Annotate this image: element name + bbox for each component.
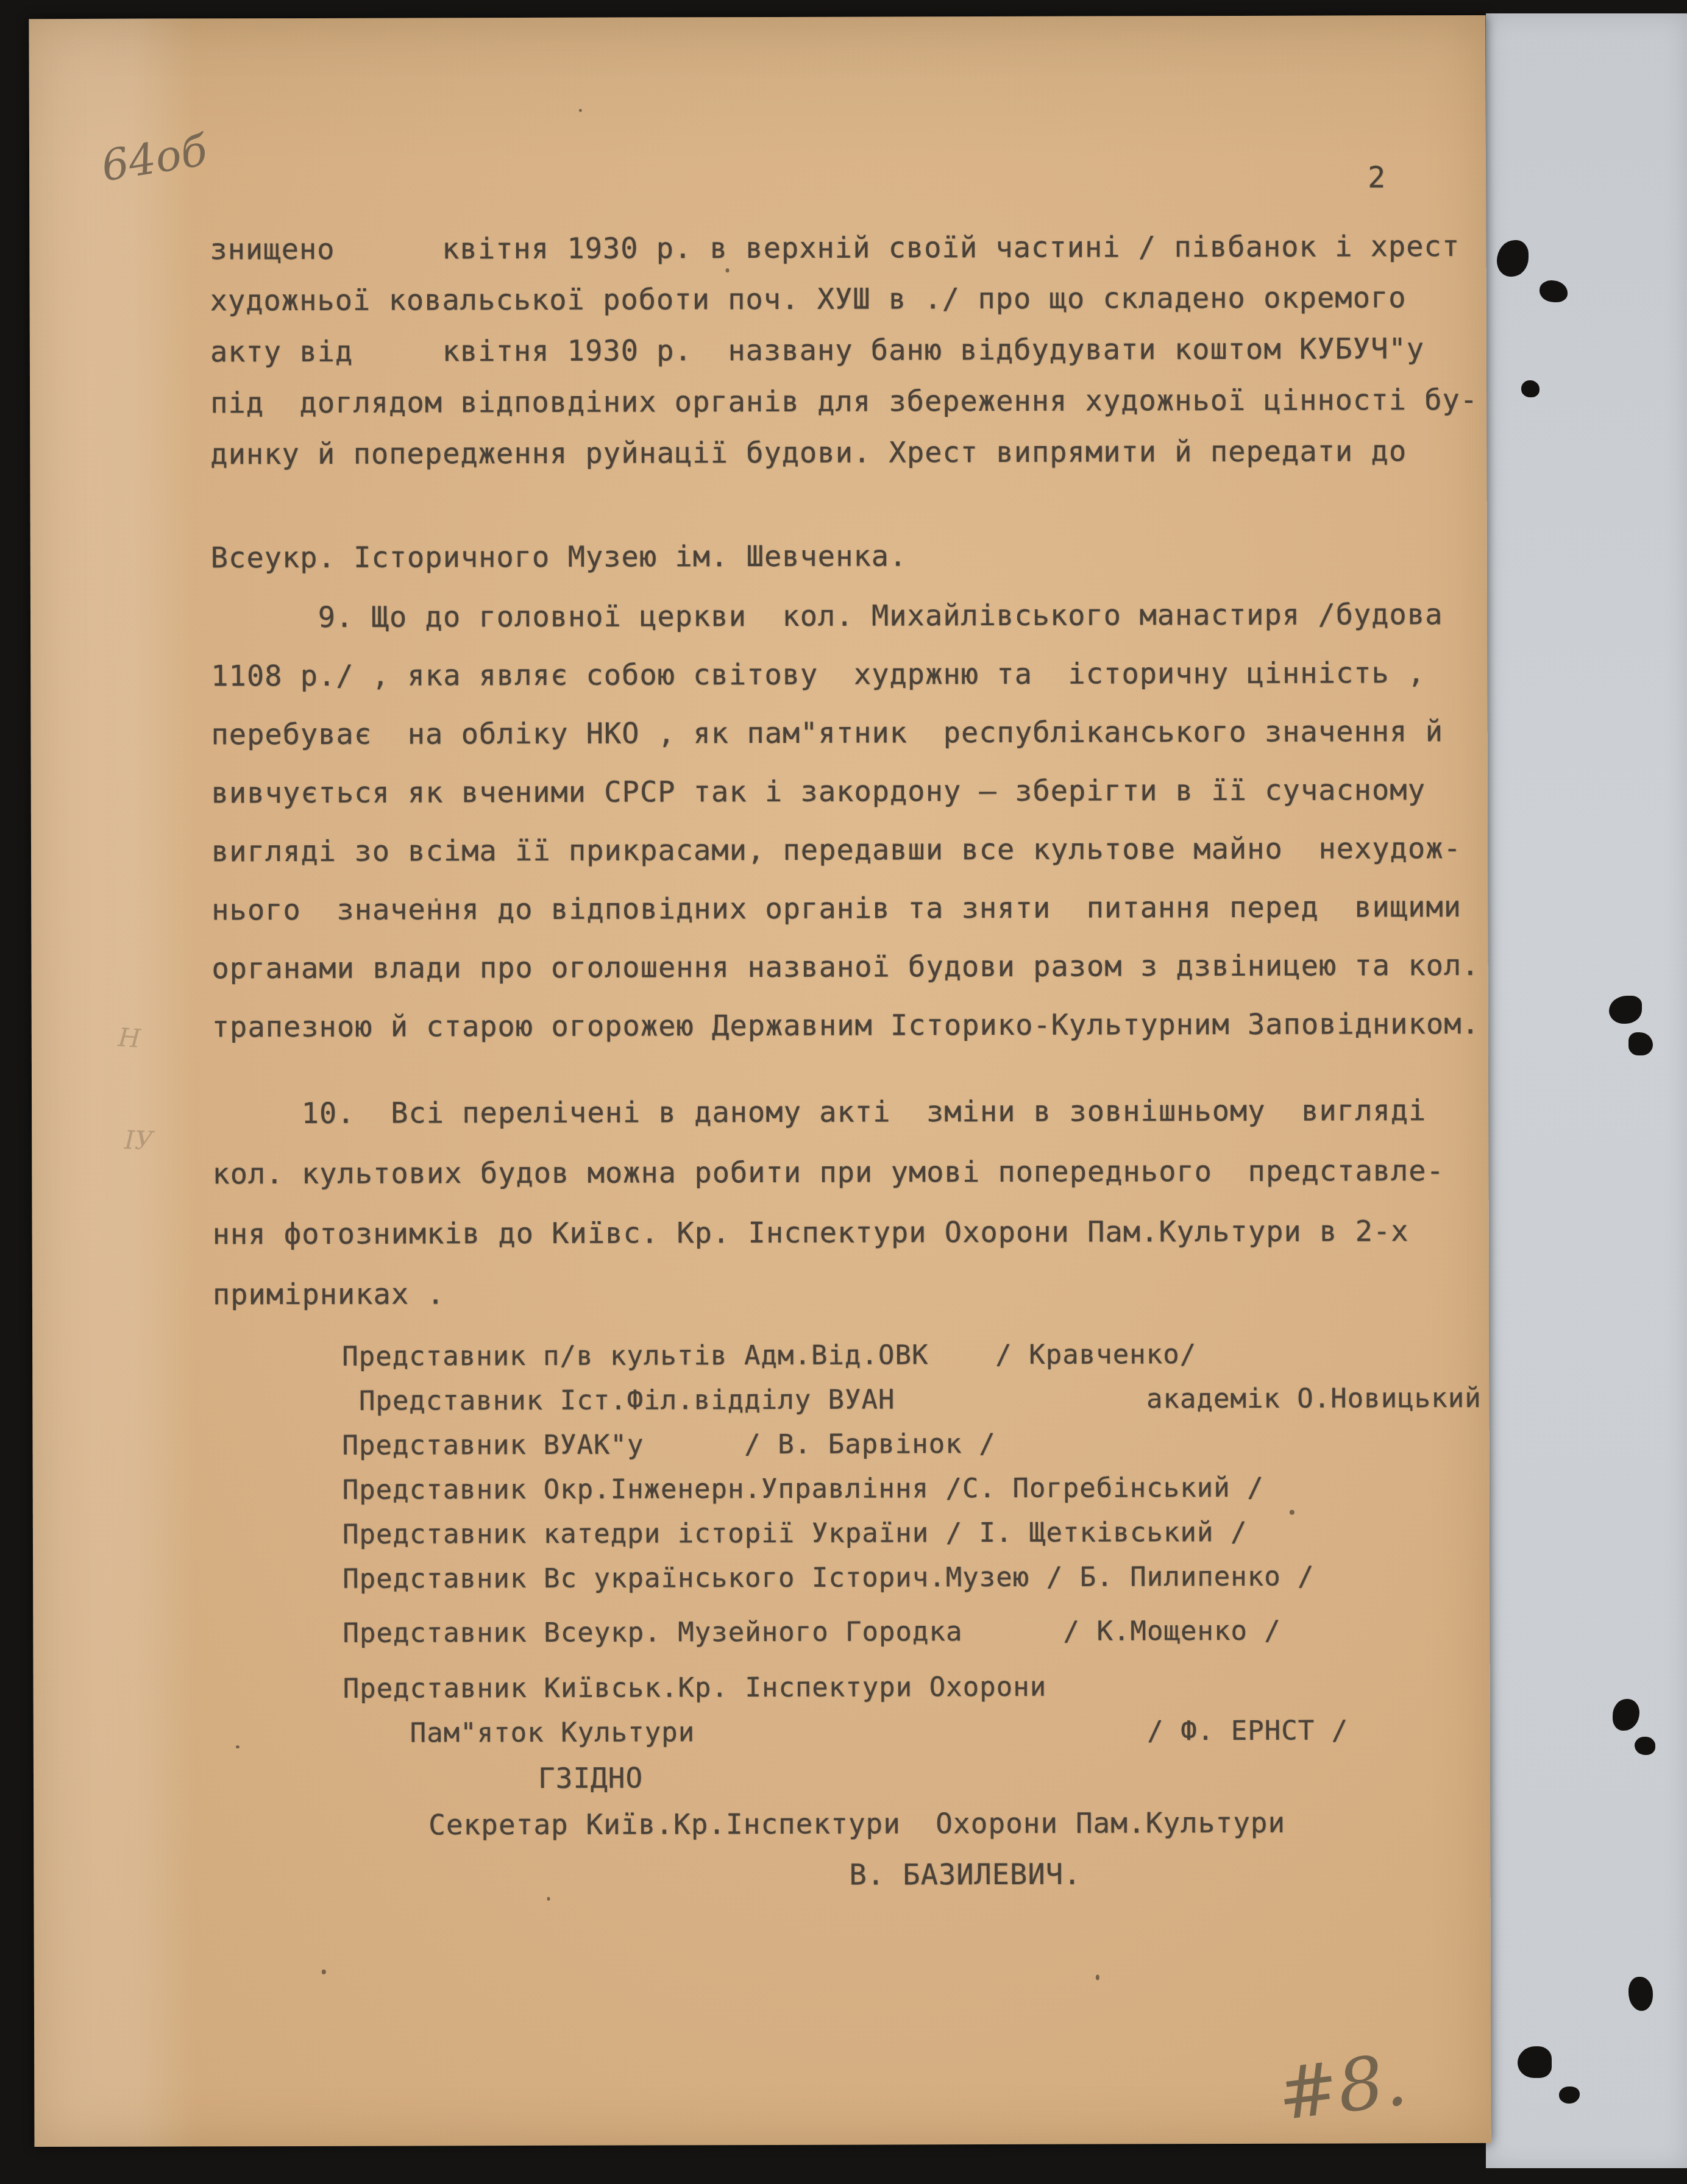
paper-speck xyxy=(726,268,730,272)
document-line: 9. Що до головної церкви кол. Михайлівсь… xyxy=(211,586,1480,647)
document-line: динку й попередження руйнації будови. Хр… xyxy=(210,426,1479,480)
document-line: примірниках . xyxy=(213,1261,1482,1325)
signature-line: Представник Київськ.Кр. Інспектури Охоро… xyxy=(343,1664,1483,1711)
doc-number-annotation: #8. xyxy=(1273,2037,1412,2136)
hole-mark xyxy=(1613,1699,1639,1731)
page-number: 2 xyxy=(1368,160,1386,194)
signature-line: Представник катедри історії України / І.… xyxy=(343,1509,1482,1557)
hole-mark xyxy=(1518,2046,1552,2078)
document-line: вигляді зо всіма її прикрасами, передавш… xyxy=(211,820,1480,881)
hole-mark xyxy=(1635,1737,1655,1755)
document-line: художньої ковальської роботи поч. ХУШ в … xyxy=(210,272,1479,327)
signature-line: Представник Всеукр. Музейного Городка / … xyxy=(343,1608,1482,1656)
margin-mark: ІУ xyxy=(124,1125,154,1155)
signature-line: Представник п/в культів Адм.Від.ОВК / Кр… xyxy=(342,1331,1482,1379)
secretary-name: В. БАЗИЛЕВИЧ. xyxy=(849,1858,1081,1892)
signature-line: Представник Іст.Філ.відділу ВУАН академі… xyxy=(342,1376,1482,1423)
paper-speck xyxy=(322,1969,326,1974)
document-line: трапезною й старою огорожею Державним Іс… xyxy=(212,995,1481,1057)
document-line: Всеукр. Історичного Музею ім. Шевченка. xyxy=(211,530,1480,584)
document-line: ння фотознимків до Київс. Кр. Інспектури… xyxy=(213,1201,1482,1264)
document-line: нього значення до відповідних органів та… xyxy=(211,878,1480,940)
folio-annotation: 64об xyxy=(98,125,211,191)
signature-block: Представник п/в культів Адм.Від.ОВК / Кр… xyxy=(342,1331,1482,1756)
hole-mark xyxy=(1540,280,1568,302)
document-line: акту від квітня 1930 р. названу баню від… xyxy=(210,324,1479,378)
document-body: знищено квітня 1930 р. в верхній своїй ч… xyxy=(210,221,1482,1756)
document-line: органами влади про оголошення названої б… xyxy=(211,937,1480,998)
hole-mark xyxy=(1497,240,1529,277)
hole-mark xyxy=(1521,380,1540,397)
signature-line: Пам"яток Культури / Ф. ЕРНСТ / xyxy=(343,1708,1483,1756)
certification-mark: ГЗІДНО xyxy=(538,1762,643,1795)
paper-speck xyxy=(547,1897,550,1901)
signature-line: Представник ВУАК"у / В. Барвінок / xyxy=(342,1420,1482,1468)
hole-mark xyxy=(1628,1032,1653,1055)
paragraph-continuation: знищено квітня 1930 р. в верхній своїй ч… xyxy=(210,221,1479,584)
paper-speck xyxy=(236,1745,240,1748)
backing-sheet xyxy=(1486,13,1687,2168)
paper-speck xyxy=(579,109,582,112)
paper-speck xyxy=(435,898,438,901)
document-line: 10. Всі перелічені в даному акті зміни в… xyxy=(212,1080,1481,1144)
scanned-document-scene: 64об 2 знищено квітня 1930 р. в верхній … xyxy=(0,0,1687,2184)
hole-mark xyxy=(1609,996,1642,1024)
hole-mark xyxy=(1559,2086,1580,2104)
document-line: під доглядом відповдіних органів для збе… xyxy=(210,375,1479,429)
document-line: знищено квітня 1930 р. в верхній своїй ч… xyxy=(210,221,1479,275)
document-line: 1108 р./ , яка являє собою світову худрж… xyxy=(211,644,1480,706)
margin-mark: Н xyxy=(117,1023,141,1054)
document-line: перебуває на обліку НКО , як пам"ятник р… xyxy=(211,703,1480,764)
paper-speck xyxy=(1290,1510,1295,1515)
signature-line: Представник Окр.Інженерн.Управління /С. … xyxy=(343,1465,1482,1512)
paragraph-item-9: 9. Що до головної церкви кол. Михайлівсь… xyxy=(211,586,1480,1057)
hole-mark xyxy=(1628,1977,1653,2011)
document-page: 64об 2 знищено квітня 1930 р. в верхній … xyxy=(29,15,1491,2147)
secretary-line: Секретар Київ.Кр.Інспектури Охорони Пам.… xyxy=(428,1806,1285,1842)
document-line: кол. культових будов можна робити при ум… xyxy=(212,1141,1481,1204)
document-line: вивчується як вченими СРСР так і закордо… xyxy=(211,761,1480,823)
signature-line: Представник Вс українського Історич.Музе… xyxy=(343,1554,1482,1601)
paragraph-item-10: 10. Всі перелічені в даному акті зміни в… xyxy=(212,1080,1481,1325)
paper-speck xyxy=(1096,1975,1099,1980)
